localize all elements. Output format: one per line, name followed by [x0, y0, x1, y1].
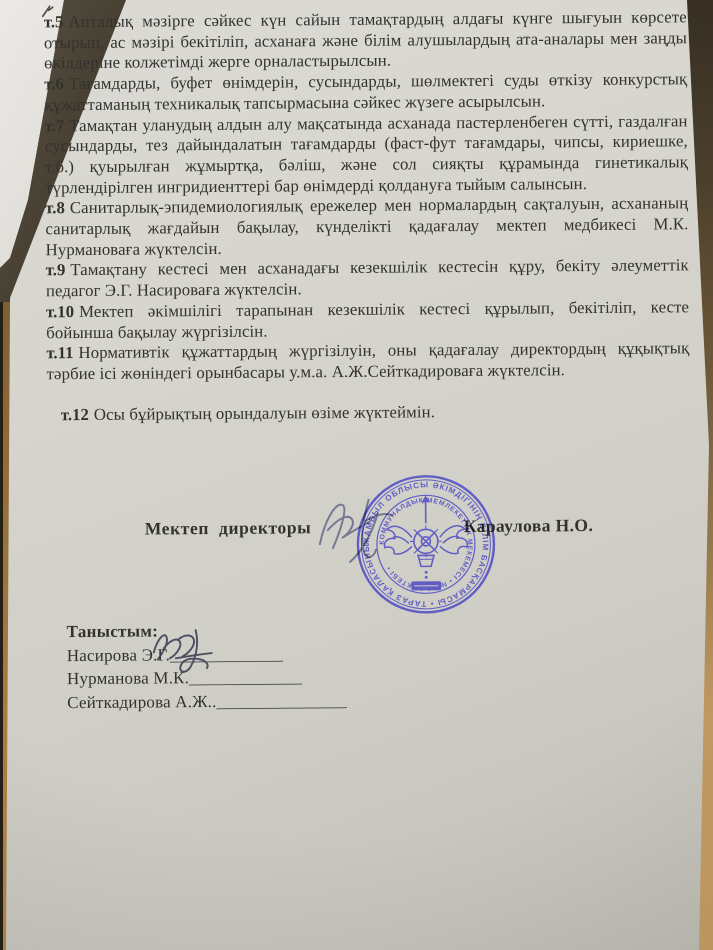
- order-paragraphs: т.5Апталық мәзірге сәйкес күн сайын тама…: [44, 7, 690, 425]
- paragraph-t8: т.8Санитарлық-эпидемиологиялық ережелер …: [45, 194, 688, 261]
- official-stamp: ЖАМБЫЛ ОБЛЫСЫ ӘКІМДІГІНІҢ БІЛІМ БАСҚАРМА…: [352, 471, 499, 618]
- paragraph-number: т.10: [46, 302, 79, 321]
- paragraph-text: Тамақтану кестесі мен асханадағы кезекші…: [46, 256, 689, 301]
- paragraph-text: Осы бұйрықтың орындалуын өзіме жүктеймін…: [94, 402, 435, 424]
- paragraph-text: Мектеп әкімшілігі тарапынан кезекшілік к…: [46, 297, 689, 342]
- paragraph-number: т.12: [61, 405, 94, 424]
- paragraph-number: т.9: [46, 261, 71, 280]
- paragraph-number: т.6: [44, 74, 69, 93]
- paragraph-t11: т.11Нормативтік құжаттардың жүргізілуін,…: [46, 339, 689, 385]
- paragraph-t9: т.9Тамақтану кестесі мен асханадағы кезе…: [46, 256, 689, 302]
- signature-line: _______________: [216, 690, 347, 710]
- paragraph-t5: т.5Апталық мәзірге сәйкес күн сайын тама…: [44, 7, 687, 74]
- document-content: т.5Апталық мәзірге сәйкес күн сайын тама…: [0, 0, 713, 950]
- paragraph-text: Санитарлық-эпидемиологиялық ережелер мен…: [45, 194, 688, 259]
- paragraph-number: т.8: [45, 198, 70, 217]
- paragraph-text: Апталық мәзірге сәйкес күн сайын тамақта…: [44, 7, 687, 72]
- paragraph-text: Нормативтік құжаттардың жүргізілуін, оны…: [46, 339, 689, 384]
- paragraph-text: Тамақтан уланудың алдын алу мақсатында а…: [45, 111, 688, 197]
- paragraph-number: т.5: [44, 12, 69, 31]
- photographed-document: т.5Апталық мәзірге сәйкес күн сайын тама…: [0, 0, 713, 950]
- paragraph-t12: т.12Осы бұйрықтың орындалуын өзіме жүкте…: [47, 400, 690, 426]
- director-title: Мектеп директоры: [145, 517, 312, 539]
- paragraph-t10: т.10Мектеп әкімшілігі тарапынан кезекшіл…: [46, 297, 689, 343]
- nasirova-signature-ink: [146, 622, 264, 681]
- acknowledgement-item: Сейткадирова А.Ж.._______________: [67, 688, 347, 714]
- paragraph-number: т.11: [46, 343, 78, 362]
- person-name: Сейткадирова А.Ж..: [67, 691, 217, 711]
- paragraph-number: т.7: [45, 116, 70, 135]
- paragraph-text: Тағамдарды, буфет өнімдерін, сусындарды,…: [44, 69, 687, 114]
- paragraph-t7: т.7Тамақтан уланудың алдын алу мақсатынд…: [45, 111, 689, 199]
- paragraph-t6: т.6Тағамдарды, буфет өнімдерін, сусындар…: [44, 69, 687, 115]
